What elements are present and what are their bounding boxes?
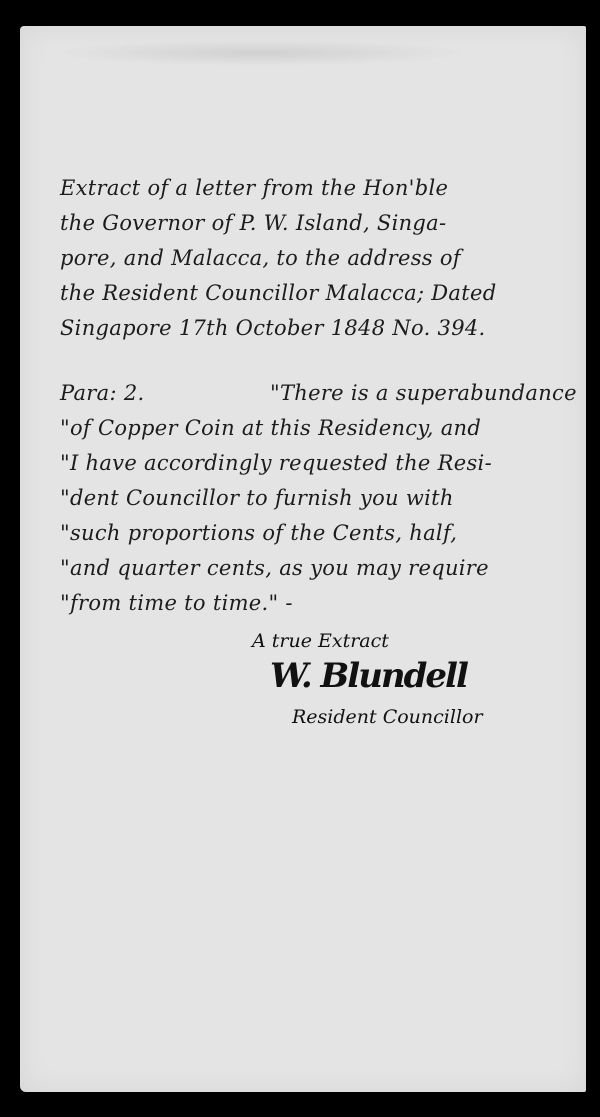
paragraph-line: "from time to time." -	[60, 591, 293, 615]
signature: W. Blundell	[270, 656, 467, 696]
para-label: Para: 2.	[60, 381, 144, 405]
paper-stain	[50, 40, 470, 66]
paragraph-line: "such proportions of the Cents, half,	[60, 521, 457, 545]
paragraph-line: "and quarter cents, as you may require	[60, 556, 489, 580]
paragraph-line: "dent Councillor to furnish you with	[60, 486, 454, 510]
heading-line: Extract of a letter from the Hon'ble	[60, 176, 448, 200]
paragraph-line: "I have accordingly requested the Resi-	[60, 451, 492, 475]
heading-line: the Governor of P. W. Island, Singa-	[60, 211, 446, 235]
document-page: Extract of a letter from the Hon'ble the…	[20, 26, 586, 1092]
heading-line: pore, and Malacca, to the address of	[60, 246, 461, 270]
paragraph-line: "There is a superabundance	[270, 381, 577, 405]
heading-line: Singapore 17th October 1848 No. 394.	[60, 316, 486, 340]
heading-line: the Resident Councillor Malacca; Dated	[60, 281, 496, 305]
signature-title: Resident Councillor	[292, 706, 483, 728]
paragraph-line: "of Copper Coin at this Residency, and	[60, 416, 481, 440]
attestation-text: A true Extract	[252, 630, 389, 652]
